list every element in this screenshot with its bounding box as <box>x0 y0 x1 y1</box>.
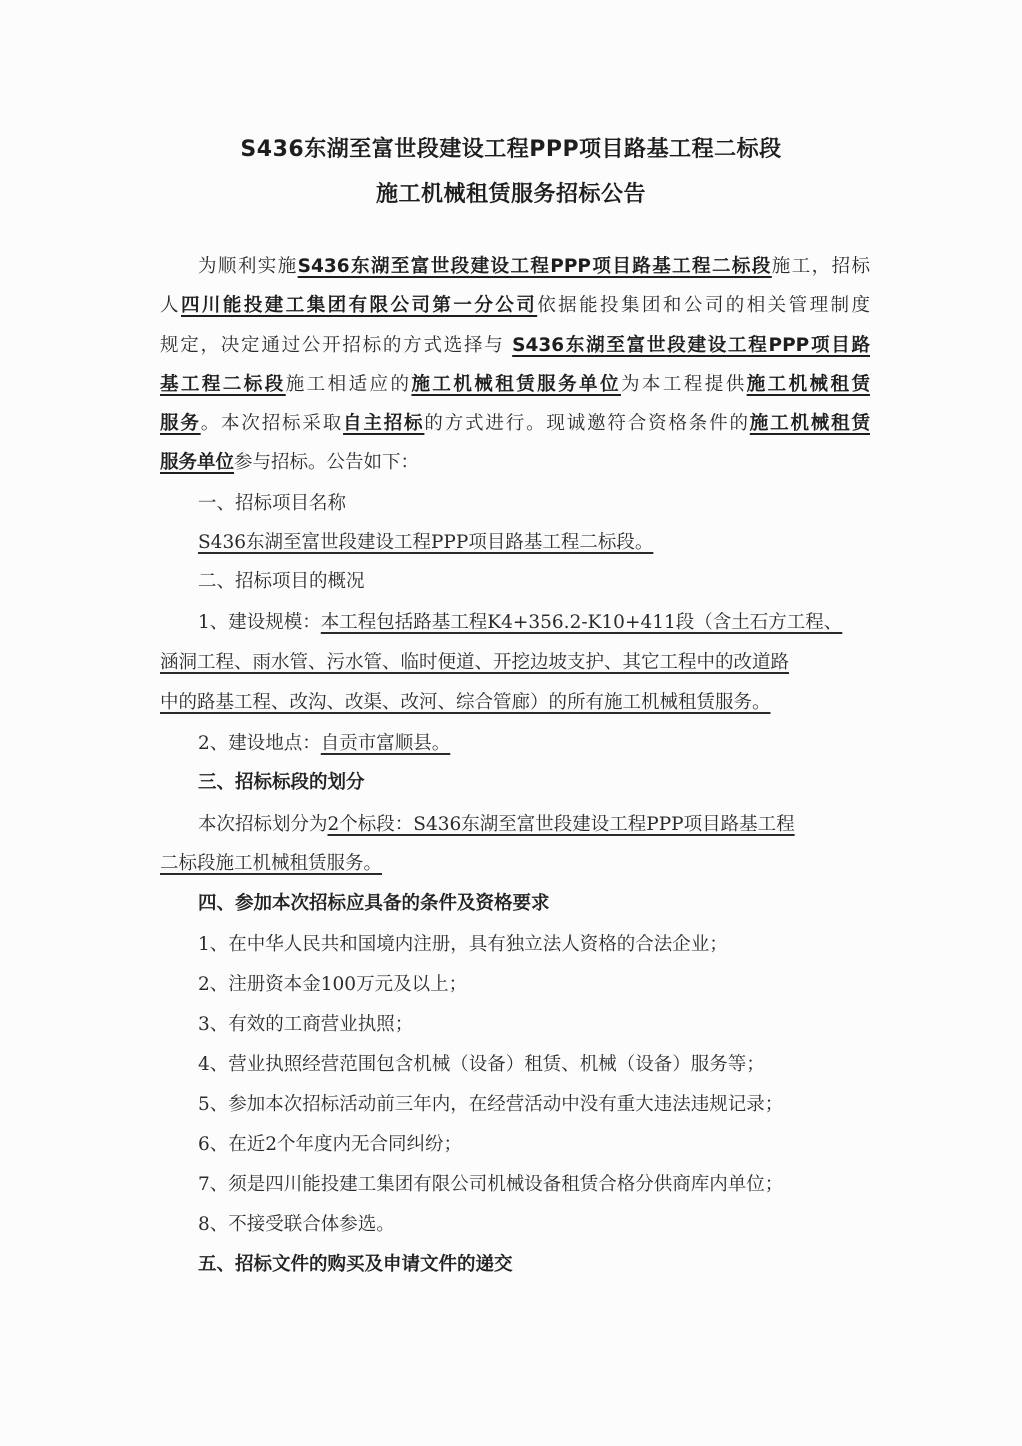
scale-underlined: 本工程包括路基工程K4+356.2-K10+411段（含土石方工程、 <box>321 612 842 633</box>
intro-text: 的方式进行。现诚邀符合资格条件的 <box>424 413 749 434</box>
service-unit-underlined: 服务单位 <box>160 452 234 473</box>
tender-method-underlined: 自主招标 <box>343 413 424 434</box>
section-3-line-1: 本次招标划分为2个标段：S436东湖至富世段建设工程PPP项目路基工程 <box>160 812 870 838</box>
section-2-item-2: 2、建设地点：自贡市富顺县。 <box>160 731 870 757</box>
requirement-item: 5、参加本次招标活动前三年内，在经营活动中没有重大违法违规记录； <box>160 1092 870 1118</box>
requirement-item: 6、在近2个年度内无合同纠纷； <box>160 1132 870 1158</box>
intro-text: 施工，招标 <box>772 256 870 277</box>
intro-line-5: 服务。本次招标采取自主招标的方式进行。现诚邀符合资格条件的施工机械租赁 <box>160 411 870 437</box>
intro-text: 。本次招标采取 <box>201 413 343 434</box>
section-1-content: S436东湖至富世段建设工程PPP项目路基工程二标段。 <box>160 530 870 556</box>
section-2-heading: 二、招标项目的概况 <box>160 569 870 595</box>
intro-line-3: 规定，决定通过公开招标的方式选择与 S436东湖至富世段建设工程PPP项目路 <box>160 333 870 359</box>
requirement-item: 7、须是四川能投建工集团有限公司机械设备租赁合格分供商库内单位； <box>160 1172 870 1198</box>
location-underlined: 自贡市富顺县。 <box>321 733 451 754</box>
item-label: 1、建设规模： <box>198 612 321 633</box>
document-title-line-2: 施工机械租赁服务招标公告 <box>0 177 1022 208</box>
intro-line-6: 服务单位参与招标。公告如下： <box>160 450 870 476</box>
intro-text: 规定，决定通过公开招标的方式选择与 <box>160 335 512 356</box>
tenderer-name-underlined: 四川能投建工集团有限公司第一分公司 <box>181 295 537 316</box>
document-title-line-1: S436东湖至富世段建设工程PPP项目路基工程二标段 <box>0 132 1022 163</box>
intro-line-2: 人四川能投建工集团有限公司第一分公司依据能投集团和公司的相关管理制度 <box>160 293 870 319</box>
requirement-item: 8、不接受联合体参选。 <box>160 1212 870 1238</box>
section-3-heading: 三、招标标段的划分 <box>160 770 870 796</box>
requirement-item: 2、注册资本金100万元及以上； <box>160 972 870 998</box>
intro-text: 为顺利实施 <box>198 256 298 277</box>
document-page: S436东湖至富世段建设工程PPP项目路基工程二标段 施工机械租赁服务招标公告 … <box>0 0 1022 1446</box>
service-underlined: 服务 <box>160 413 201 434</box>
project-name-underlined: S436东湖至富世段建设工程PPP项目路基工程二标段。 <box>198 532 653 553</box>
intro-text: 施工相适应的 <box>286 374 412 395</box>
section-2-item-1-line-1: 1、建设规模：本工程包括路基工程K4+356.2-K10+411段（含土石方工程… <box>160 610 870 636</box>
intro-text: 参与招标。公告如下： <box>234 452 419 473</box>
service-underlined: 施工机械租赁 <box>750 413 870 434</box>
section-2-item-1-line-2: 涵洞工程、雨水管、污水管、临时便道、开挖边坡支护、其它工程中的改道路 <box>160 650 870 676</box>
intro-text: 为本工程提供 <box>621 374 747 395</box>
requirement-item: 1、在中华人民共和国境内注册，具有独立法人资格的合法企业； <box>160 932 870 958</box>
requirement-item: 3、有效的工商营业执照； <box>160 1012 870 1038</box>
scale-underlined: 中的路基工程、改沟、改渠、改河、综合管廊）的所有施工机械租赁服务。 <box>160 692 771 713</box>
scale-underlined: 涵洞工程、雨水管、污水管、临时便道、开挖边坡支护、其它工程中的改道路 <box>160 652 789 673</box>
section-4-heading: 四、参加本次招标应具备的条件及资格要求 <box>160 891 870 917</box>
section-3-line-2: 二标段施工机械租赁服务。 <box>160 851 870 877</box>
service-unit-underlined: 施工机械租赁服务单位 <box>411 374 621 395</box>
requirement-item: 4、营业执照经营范围包含机械（设备）租赁、机械（设备）服务等； <box>160 1052 870 1078</box>
service-underlined: 施工机械租赁 <box>747 374 870 395</box>
section-2-item-1-line-3: 中的路基工程、改沟、改渠、改河、综合管廊）的所有施工机械租赁服务。 <box>160 690 870 716</box>
intro-text: 依据能投集团和公司的相关管理制度 <box>537 295 870 316</box>
lots-underlined: 二标段施工机械租赁服务。 <box>160 853 382 874</box>
section-5-heading: 五、招标文件的购买及申请文件的递交 <box>160 1252 870 1278</box>
item-label: 2、建设地点： <box>198 733 321 754</box>
intro-line-1: 为顺利实施S436东湖至富世段建设工程PPP项目路基工程二标段施工，招标 <box>160 254 870 280</box>
section-3-text: 本次招标划分为 <box>198 814 328 835</box>
lots-underlined: 2个标段：S436东湖至富世段建设工程PPP项目路基工程 <box>328 814 795 835</box>
project-name-underlined: S436东湖至富世段建设工程PPP项目路基工程二标段 <box>298 256 772 277</box>
section-1-heading: 一、招标项目名称 <box>160 491 870 517</box>
project-name-underlined: 基工程二标段 <box>160 374 286 395</box>
intro-line-4: 基工程二标段施工相适应的施工机械租赁服务单位为本工程提供施工机械租赁 <box>160 372 870 398</box>
project-name-underlined: S436东湖至富世段建设工程PPP项目路 <box>512 335 870 356</box>
intro-text: 人 <box>160 295 181 316</box>
